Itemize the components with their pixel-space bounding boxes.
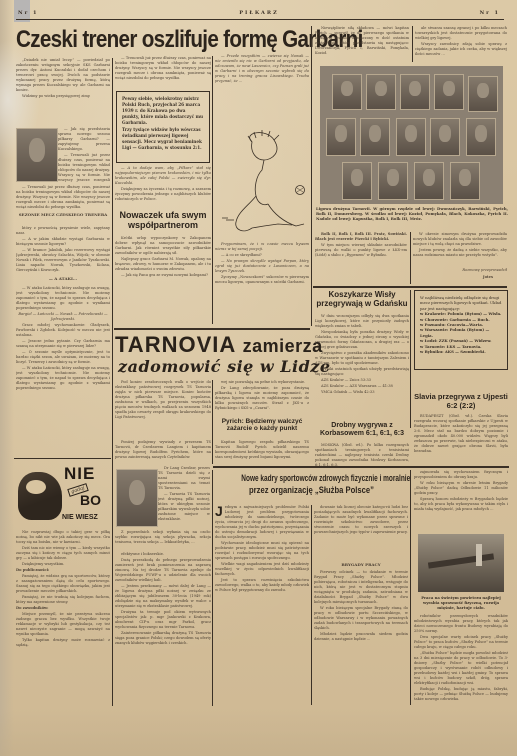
fixtures-intro: W najbliższą niedzielę odbędzie się drug… (420, 295, 502, 311)
column-rule (412, 26, 413, 62)
paragraph: — Trenowali już przez dłuższy czas, poni… (16, 185, 110, 209)
paragraph: „Służba Polsce” będzie mogła powołać mło… (414, 651, 508, 686)
newspaper-page: Nr 1 PIŁKARZ Nr 1 Czeski trener oszlifuj… (0, 0, 517, 756)
paragraph: — Na prawym skrzydle wystąpi Parpan, któ… (215, 259, 309, 274)
tarnovia-team-photo (320, 66, 503, 204)
section-heading-ataki: — A ATAKI... (16, 276, 110, 284)
subheading: Do publiczności: (16, 568, 110, 573)
paragraph: W tym miejscu wiernej składnie zawodnikó… (315, 243, 407, 258)
paragraph: Dziękujemy wszystkim. (16, 562, 110, 567)
photo-youth-brigade-work (418, 534, 504, 592)
paragraph: Wielkie wagi zagadnieniem jest dziś młod… (215, 562, 309, 577)
section-rule (14, 458, 111, 459)
paragraph: — Przede wszystkim — zwierza się Nowak —… (215, 54, 309, 84)
headline-word: TARNOVIA (115, 332, 235, 357)
paragraph: Niespodzianką była porażka drużyny Wisły… (315, 330, 409, 350)
right-top-text-2: ale stwarza szansę zgranej i po kilku me… (415, 26, 507, 62)
nowe-kadry-col3-bottom: robotników przemysłowych wsadników młodz… (414, 614, 508, 706)
paragraph: BUDAPESZT (Obsł. wł.). Czeska Slavia roz… (414, 414, 508, 454)
masthead-rule (16, 19, 504, 20)
paragraph: Młodzież będzie pracowała siedem godzin … (314, 632, 408, 642)
fixture-line: w Krakowie: Polonia (Bytom) — Wisła. (420, 311, 502, 316)
paragraph: Pamiętaj, że widzisz grę na sportowców, … (16, 574, 110, 594)
paragraph: ale stwarza szansę zgranej i po kilku me… (415, 26, 507, 41)
team-photo-caption: Ligowa drużyna Tarnovii. W górnym rzędzi… (316, 206, 508, 228)
paragraph: robotników przemysłowych wsadników młodz… (414, 614, 508, 634)
paragraph: Dużą przeszkodą do pełnego przeprowadzen… (115, 558, 211, 583)
nowe-kadry-col2: dowanie tak licznej obecnie katego-rii l… (314, 505, 408, 561)
paragraph: — A co ze skrzydłami? (215, 253, 309, 258)
czeski-trener-q1: — Jak się przedstawia sprawa nowego sezo… (58, 127, 110, 183)
paragraph: Pierwszy odcinek — to działanie w tereni… (314, 570, 408, 605)
paragraph: Pamiętaj, że nie trudnią się kolejnym fa… (16, 595, 110, 605)
page-bottom-margin (0, 708, 517, 756)
box-ruch-garbarnia: Pewny siebie, wielokrotny mistrz Polski … (116, 91, 210, 163)
middle-col-text: — A to dodaje wam, aby „Piłkarz” stał si… (115, 166, 211, 208)
nowe-kadry-col3: zajmowała się wychowaniem fizycznym i pr… (414, 470, 508, 522)
ad-illustration-face (26, 480, 46, 494)
paragraph: — W ataku Łańcucki, który zasługuje na u… (16, 286, 110, 311)
fixture-line: w Warszawie: Polonia (Bytom) — Legia. (420, 327, 502, 338)
pyrich-body: Kapitan ligowego zespołu piłkarskiego TS… (215, 440, 309, 464)
result-line: AZS Kraków — AZS Warszawa — 41:38 (315, 384, 409, 389)
ad-word-bo: BO (80, 492, 101, 508)
headline-nowe-kadry: Nowe kadry sportowców zdrowych fizycznie… (214, 472, 409, 500)
caricature-drawing-nowaczek (212, 130, 312, 240)
paragraph: MOSKWA (Obsł. wł.). Po kilku rozegranych… (315, 443, 409, 468)
ad-body: Nie rozprawiaj długo o takiej grze w pił… (16, 530, 110, 716)
paragraph: wej nie pozwalają na pełne ich wykorzyst… (215, 380, 309, 385)
tarnovia-body-4: Z poprzednich sekcji wyłania się na czoł… (115, 530, 211, 550)
box-text: Trzy tysiące widzów było wówczas świadka… (122, 127, 204, 151)
section-rule (313, 286, 507, 288)
box-text: Pewny siebie, wielokrotny mistrz Polski … (122, 96, 204, 126)
paragraph: „Dziadek nie umiał leczy.” — powiedział … (16, 58, 110, 93)
paragraph: Gracz młodej wychowankowie: Gładyszek, P… (16, 323, 110, 338)
paragraph: ednym z najważniejszych problemów Polski… (215, 505, 309, 539)
paragraph: W dniu wczorajszym odbyły się dwa spotka… (315, 314, 409, 329)
slavia-body: BUDAPESZT (Obsł. wł.). Czeska Slavia roz… (414, 414, 508, 464)
column-rule (410, 470, 411, 705)
fixture-line: w Rybniku: AKS — Szombierki. (420, 349, 502, 354)
paragraph: Miejsce przemyśl, że nie przeżywa sukces… (16, 612, 110, 637)
paragraph: Widzimy po wieku przysięgowej zimy. (16, 94, 110, 99)
tarnovia-body-3: Dr Lang Czesław, prezes TS Tarnovia dzie… (158, 466, 210, 530)
paragraph: — Trenowali już przez dłuższy czas, poni… (115, 56, 211, 81)
ad-word-nie: NIE (64, 464, 95, 484)
drawing-caption-body: Przypominam, że i w czasie meczu bywam n… (215, 242, 309, 326)
paragraph: Zyczymy „Nowaczkowi” sukcesów w pierwszy… (215, 275, 309, 285)
headline-pyrich: Pyrich: Będziemy walczyć zażarcie o każd… (215, 418, 309, 438)
paragraph: Pod koniec zeszłorocznych walk o wejście… (115, 380, 211, 420)
paragraph: Dziękujemy za życzenia i tę rozmowę, a z… (115, 187, 211, 202)
headline-line: przez organizację „Służba Polsce” (229, 484, 395, 496)
paragraph: który z pewnością przyniesie wiele, zapy… (16, 226, 110, 236)
masthead: Nr 1 PIŁKARZ Nr 1 (14, 10, 504, 19)
section-rule (114, 328, 310, 330)
paragraph: efektywne i bokserskie. (115, 552, 211, 557)
result-line: AZS Kraków — Znicz 53:33 (315, 378, 409, 383)
section-heading-sezonie: SEZONIE MECZ CZESKIEGO TRENERA (16, 212, 110, 224)
page-number-right: Nr 1 (480, 10, 500, 16)
column-rule (311, 26, 312, 326)
paragraph: — Tarnovia TS Tarnovia jest drużyną piłk… (158, 492, 210, 522)
czeski-trener-a1-cont: — Trenowali już przez dłuższy czas, poni… (16, 185, 110, 209)
paragraph: Dwa specjalne warty odcinek pracy „Służb… (414, 635, 508, 650)
paragraph: W okresie zimowym drużyna przeprowadziła… (413, 232, 507, 247)
box-fixtures: W najbliższą niedzielę odbędzie się drug… (414, 290, 508, 370)
column-rule (410, 290, 411, 428)
right-top-text: Niewątpliwie siłą składowa — mówi kapita… (315, 26, 409, 62)
column-rule (212, 470, 213, 706)
ad-nie-gadaj: NIE gadaj BO NIE WIESZ (14, 462, 106, 528)
headline-drobny: Drobny wygrywa z Korbasowem 6:1, 6:1, 6:… (315, 422, 409, 442)
paragraph: Kapitan ligowego zespołu piłkarskiego TS… (215, 440, 309, 460)
paragraph: Niewątpliwie siłą składowa — mówi kapita… (315, 26, 409, 56)
czeski-trener-col2: — Trenowali już przez dłuższy czas, poni… (115, 56, 211, 90)
headline-slavia: Slavia przegrywa z Ujpesti 6:2 (2:2) (414, 393, 508, 413)
paragraph: W roku bieżącym specjalne Brygady staną … (314, 606, 408, 631)
interview-signoff: Rozmowę przeprowadził (413, 268, 507, 274)
paragraph: — Jestem przekonany — mówi dalej dr Lang… (115, 584, 211, 609)
brygady-body: Pierwszy odcinek — to działanie w tereni… (314, 570, 408, 704)
headline-line: Nowe kadry sportowców zdrowych fizycznie… (241, 472, 381, 484)
paragraph: Krótki urlop wypoczynkowy w Zakopanem do… (115, 236, 211, 256)
paragraph: Zainteresowanie piłkarską drużyną TS Tar… (115, 631, 211, 646)
czeski-trener-body2: — W ataku Łańcucki, który zasługuje na u… (16, 286, 110, 456)
paragraph: — W bramce Jakubik, jako rezerwowy wystą… (16, 248, 110, 273)
paragraph: Jestem pewny, że dadzą z siebie wszystko… (413, 248, 507, 258)
paragraph: — Trenowali już przez dłuższy czas, poni… (58, 153, 110, 183)
paragraph: — A to dodaje wam, aby „Piłkarz” stał si… (115, 166, 211, 186)
author-signature: Jotes (413, 275, 493, 281)
paragraph: — A w jakim składzie wystąpi Garbarnia w… (16, 237, 110, 247)
headline-nowaczek: Nowaczek ufa swym współpartnerom (115, 210, 211, 234)
paragraph: Poniżej podajemy wywiady z prezesem TS T… (115, 440, 211, 460)
headline-tarnovia: TARNOVIA zamierza (115, 332, 315, 356)
headline-tarnovia-line2: zadomowić się w Lidze (118, 357, 318, 377)
drawing-col-text: — Przede wszystkim — zwierza się Nowak —… (215, 54, 309, 100)
paragraph: Budując Polskę, budując ją miastu, fabry… (414, 687, 508, 702)
result-line: YMCA Gdańsk — Wisła 42:33 (315, 390, 409, 395)
headline-word: zamierza (243, 336, 323, 356)
tarnovia-body-1: Pod koniec zeszłorocznych walk o wejście… (115, 380, 211, 440)
paragraph: — Jak się przedstawia sprawa nowego sezo… (58, 127, 110, 152)
newspaper-title: PIŁKARZ (14, 10, 504, 16)
paragraph: Z poprzednich sekcji wyłania się na czoł… (115, 530, 211, 545)
right-mid-text: Rolk II, Rolk I, Rolk III. Pratz, Sowińs… (315, 232, 407, 282)
paragraph: — Jak się Panu gra ze swymi nowymi koleg… (115, 273, 211, 278)
drop-cap: J (215, 505, 223, 517)
paragraph: Najlepszy gracz Garbarni M. Nowak, opalo… (115, 257, 211, 272)
tarnovia-bottom: efektywne i bokserskie. Dużą przeszkodą … (115, 552, 211, 702)
right-mid-text-2: W okresie zimowym drużyna przeprowadziła… (413, 232, 507, 268)
ad-word-nie-wiesz: NIE WIESZ (62, 514, 98, 521)
paragraph: Sprawą honoru młodzieży w Brygadach będz… (414, 497, 508, 512)
portrait-photo-kuczalski (16, 128, 58, 182)
tarnovia-col2: wej nie pozwalają na pełne ich wykorzyst… (215, 380, 309, 414)
paragraph: Dr Lang zdecydowanie, że poza drużyną pi… (215, 386, 309, 411)
fixture-line: w Łodzi: ZZK (Poznań) — Widzew. (420, 338, 502, 343)
paragraph: zajmowała się wychowaniem fizycznym i pr… (414, 470, 508, 480)
paragraph: Wszyscy zawodnicy zdają sobie sprawę z c… (415, 42, 507, 57)
column-rule (112, 380, 113, 706)
paragraph: W roku bieżącym w okresie letnim Brygady… (414, 481, 508, 496)
column-rule (311, 505, 312, 705)
portrait-photo-dr-lang (116, 469, 158, 527)
paragraph: Wychowanie ideologiczne musi się opierać… (215, 541, 309, 561)
paragraph: Dziś tam nic nie wiemy o tym — kiedy wsz… (16, 546, 110, 561)
paragraph: — W ataku Łańcucki, który zasługuje na u… (16, 366, 110, 391)
paragraph: Drużyna ta trenuje pod okiem wytrawnych … (115, 610, 211, 630)
paragraph: Nie rozprawiaj długo o takiej grze w pił… (16, 530, 110, 545)
column-rule (212, 380, 213, 464)
headline-koszykarze: Koszykarze Wisły przegrywają w Gdańsku (315, 290, 409, 312)
ad-illustration-figure (18, 472, 62, 520)
column-rule (410, 232, 411, 284)
nowaczek-body: Krótki urlop wypoczynkowy w Zakopanem do… (115, 236, 211, 322)
czeski-trener-intro: „Dziadek nie umiał leczy.” — powiedział … (16, 58, 110, 126)
paragraph: — O sezonie myśle optymistycznie, jest t… (16, 350, 110, 365)
nowe-kadry-col1: Jednym z najważniejszych problemów Polsk… (215, 505, 309, 705)
tarnovia-body-2: Poniżej podajemy wywiady z prezesem TS T… (115, 440, 211, 464)
paragraph: Dr Lang Czesław, prezes TS Tarnovia dzie… (158, 466, 210, 491)
paragraph: — Jeszcze jedno pytanie. Czy Garbarnia m… (16, 339, 110, 349)
drawing-caption: Przypominam, że i w czasie meczu bywam n… (215, 242, 309, 252)
headline-czeski-trener: Czeski trener oszlifuje formę Garbarni (16, 26, 271, 56)
paragraph: dowanie tak licznej obecnie katego-rii l… (314, 505, 408, 535)
subheading: Do zawodników: (16, 606, 110, 611)
section-rule (213, 466, 509, 468)
paragraph: Tylko kapitan drużyny może rozmawiać z s… (16, 638, 110, 648)
paragraph: Rolk II, Rolk I, Rolk III. Pratz, Sowińs… (315, 232, 407, 242)
photo-caption-brygady: Praca na świeżym powietrzu najlepiej wyr… (416, 595, 506, 611)
paragraph: Jest to sprawa rozwinięcia szkolnictwa z… (215, 578, 309, 593)
lineup: Bargiel — Łańcucki — Nowak — Potrzebowsk… (16, 312, 110, 322)
heading-brygady-pracy: BRYGADY PRACY (314, 562, 408, 568)
